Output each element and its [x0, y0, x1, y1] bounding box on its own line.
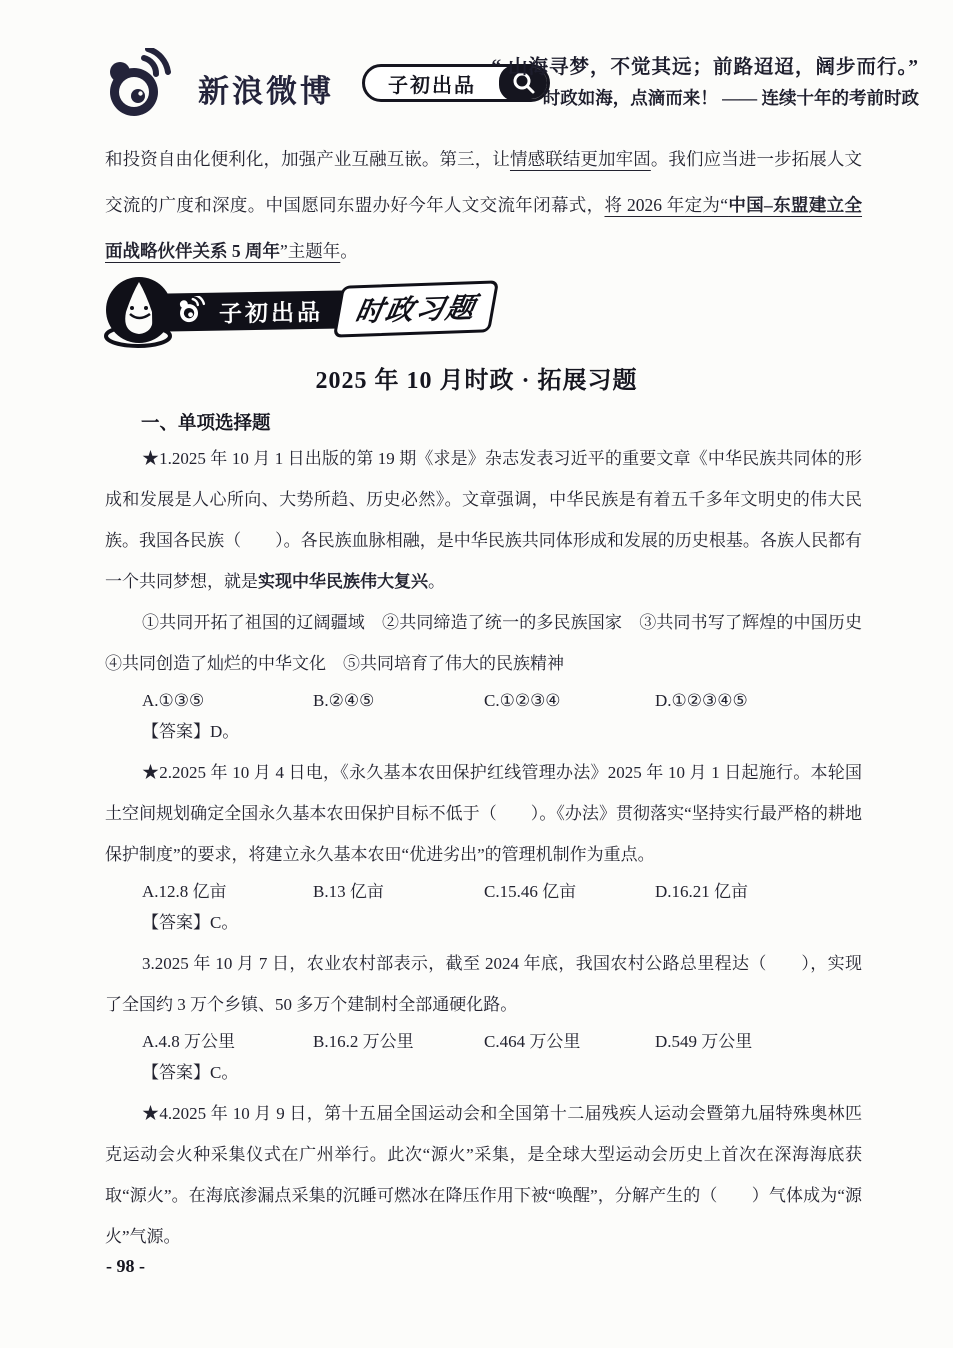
slogan-line-2: 时政如海，点滴而来！ —— 连续十年的考前时政 — [491, 83, 919, 114]
options-row: A.4.8 万公里 B.16.2 万公里 C.464 万公里 D.549 万公里 — [142, 1027, 862, 1056]
producer-badge: 子初出品 时政习题 — [100, 274, 440, 354]
intro-paragraph: 和投资自由化便利化，加强产业互融互嵌。第三，让情感联结更加牢固。我们应当进一步拓… — [105, 136, 862, 274]
option-a: A.①③⑤ — [142, 686, 313, 715]
page-title: 2025 年 10 月时政 · 拓展习题 — [0, 360, 953, 395]
option-b: B.13 亿亩 — [313, 877, 484, 906]
answer-line: 【答案】D。 — [142, 717, 862, 746]
option-a: A.12.8 亿亩 — [142, 877, 313, 906]
intro-underlined-2: 将 2026 年定为“ — [604, 195, 728, 215]
option-d: D.①②③④⑤ — [655, 686, 748, 715]
intro-underlined-3: ”主题年 — [280, 241, 340, 261]
option-c: C.15.46 亿亩 — [484, 877, 655, 906]
question-1: ★1.2025 年 10 月 1 日出版的第 19 期《求是》杂志发表习近平的重… — [105, 438, 862, 746]
question-numbered-items: ①共同开拓了祖国的辽阔疆域 ②共同缔造了统一的多民族国家 ③共同书写了辉煌的中国… — [105, 602, 862, 684]
stem-tail-text: 。 — [428, 572, 445, 591]
option-b: B.②④⑤ — [313, 686, 484, 715]
option-d: D.549 万公里 — [655, 1027, 752, 1056]
question-3: 3.2025 年 10 月 7 日，农业农村部表示，截至 2024 年底，我国农… — [105, 943, 862, 1087]
page-number: - 98 - — [106, 1256, 145, 1277]
badge-banner: 子初出品 — [152, 290, 358, 332]
option-a: A.4.8 万公里 — [142, 1027, 313, 1056]
slogan-line-1: “ 山海寻梦，不觉其远；前路迢迢，阔步而行。” — [491, 52, 919, 83]
option-c: C.464 万公里 — [484, 1027, 655, 1056]
stem-bold-text: 实现中华民族伟大复兴 — [258, 572, 428, 591]
question-2: ★2.2025 年 10 月 4 日电，《永久基本农田保护红线管理办法》2025… — [105, 752, 862, 937]
options-row: A.①③⑤ B.②④⑤ C.①②③④ D.①②③④⑤ — [142, 686, 862, 715]
answer-line: 【答案】C。 — [142, 908, 862, 937]
question-stem: ★4.2025 年 10 月 9 日，第十五届全国运动会和全国第十二届残疾人运动… — [105, 1093, 862, 1257]
option-d: D.16.21 亿亩 — [655, 877, 748, 906]
options-row: A.12.8 亿亩 B.13 亿亩 C.15.46 亿亩 D.16.21 亿亩 — [142, 877, 862, 906]
questions-area: ★1.2025 年 10 月 1 日出版的第 19 期《求是》杂志发表习近平的重… — [105, 438, 862, 1257]
option-b: B.16.2 万公里 — [313, 1027, 484, 1056]
intro-underlined-1: 情感联结更加牢固 — [510, 149, 651, 169]
search-pill-label: 子初出品 — [365, 69, 499, 98]
section-heading: 一、单项选择题 — [141, 409, 271, 435]
header-slogans: “ 山海寻梦，不觉其远；前路迢迢，阔步而行。” 时政如海，点滴而来！ —— 连续… — [491, 52, 919, 114]
brand-text: 新浪微博 — [198, 66, 334, 111]
question-stem: ★2.2025 年 10 月 4 日电，《永久基本农田保护红线管理办法》2025… — [105, 752, 862, 875]
intro-seg1: 和投资自由化便利化，加强产业互融互嵌。第三，让 — [105, 149, 510, 169]
question-stem: 3.2025 年 10 月 7 日，农业农村部表示，截至 2024 年底，我国农… — [105, 943, 862, 1025]
weibo-logo-icon — [100, 48, 188, 123]
weibo-mini-icon — [176, 295, 211, 329]
badge-producer-label: 子初出品 — [219, 293, 324, 328]
answer-line: 【答案】C。 — [142, 1058, 862, 1087]
option-c: C.①②③④ — [484, 686, 655, 715]
question-4: ★4.2025 年 10 月 9 日，第十五届全国运动会和全国第十二届残疾人运动… — [105, 1093, 862, 1257]
document-page: 新浪微博 子初出品 “ 山海寻梦，不觉其远；前路迢迢，阔步而行。” 时政如海，点… — [0, 0, 953, 1348]
intro-seg7: 。 — [340, 241, 358, 261]
stem-text: ★1.2025 年 10 月 1 日出版的第 19 期《求是》杂志发表习近平的重… — [105, 449, 862, 591]
badge-topic-label: 时政习题 — [333, 280, 499, 337]
question-stem: ★1.2025 年 10 月 1 日出版的第 19 期《求是》杂志发表习近平的重… — [105, 438, 862, 602]
